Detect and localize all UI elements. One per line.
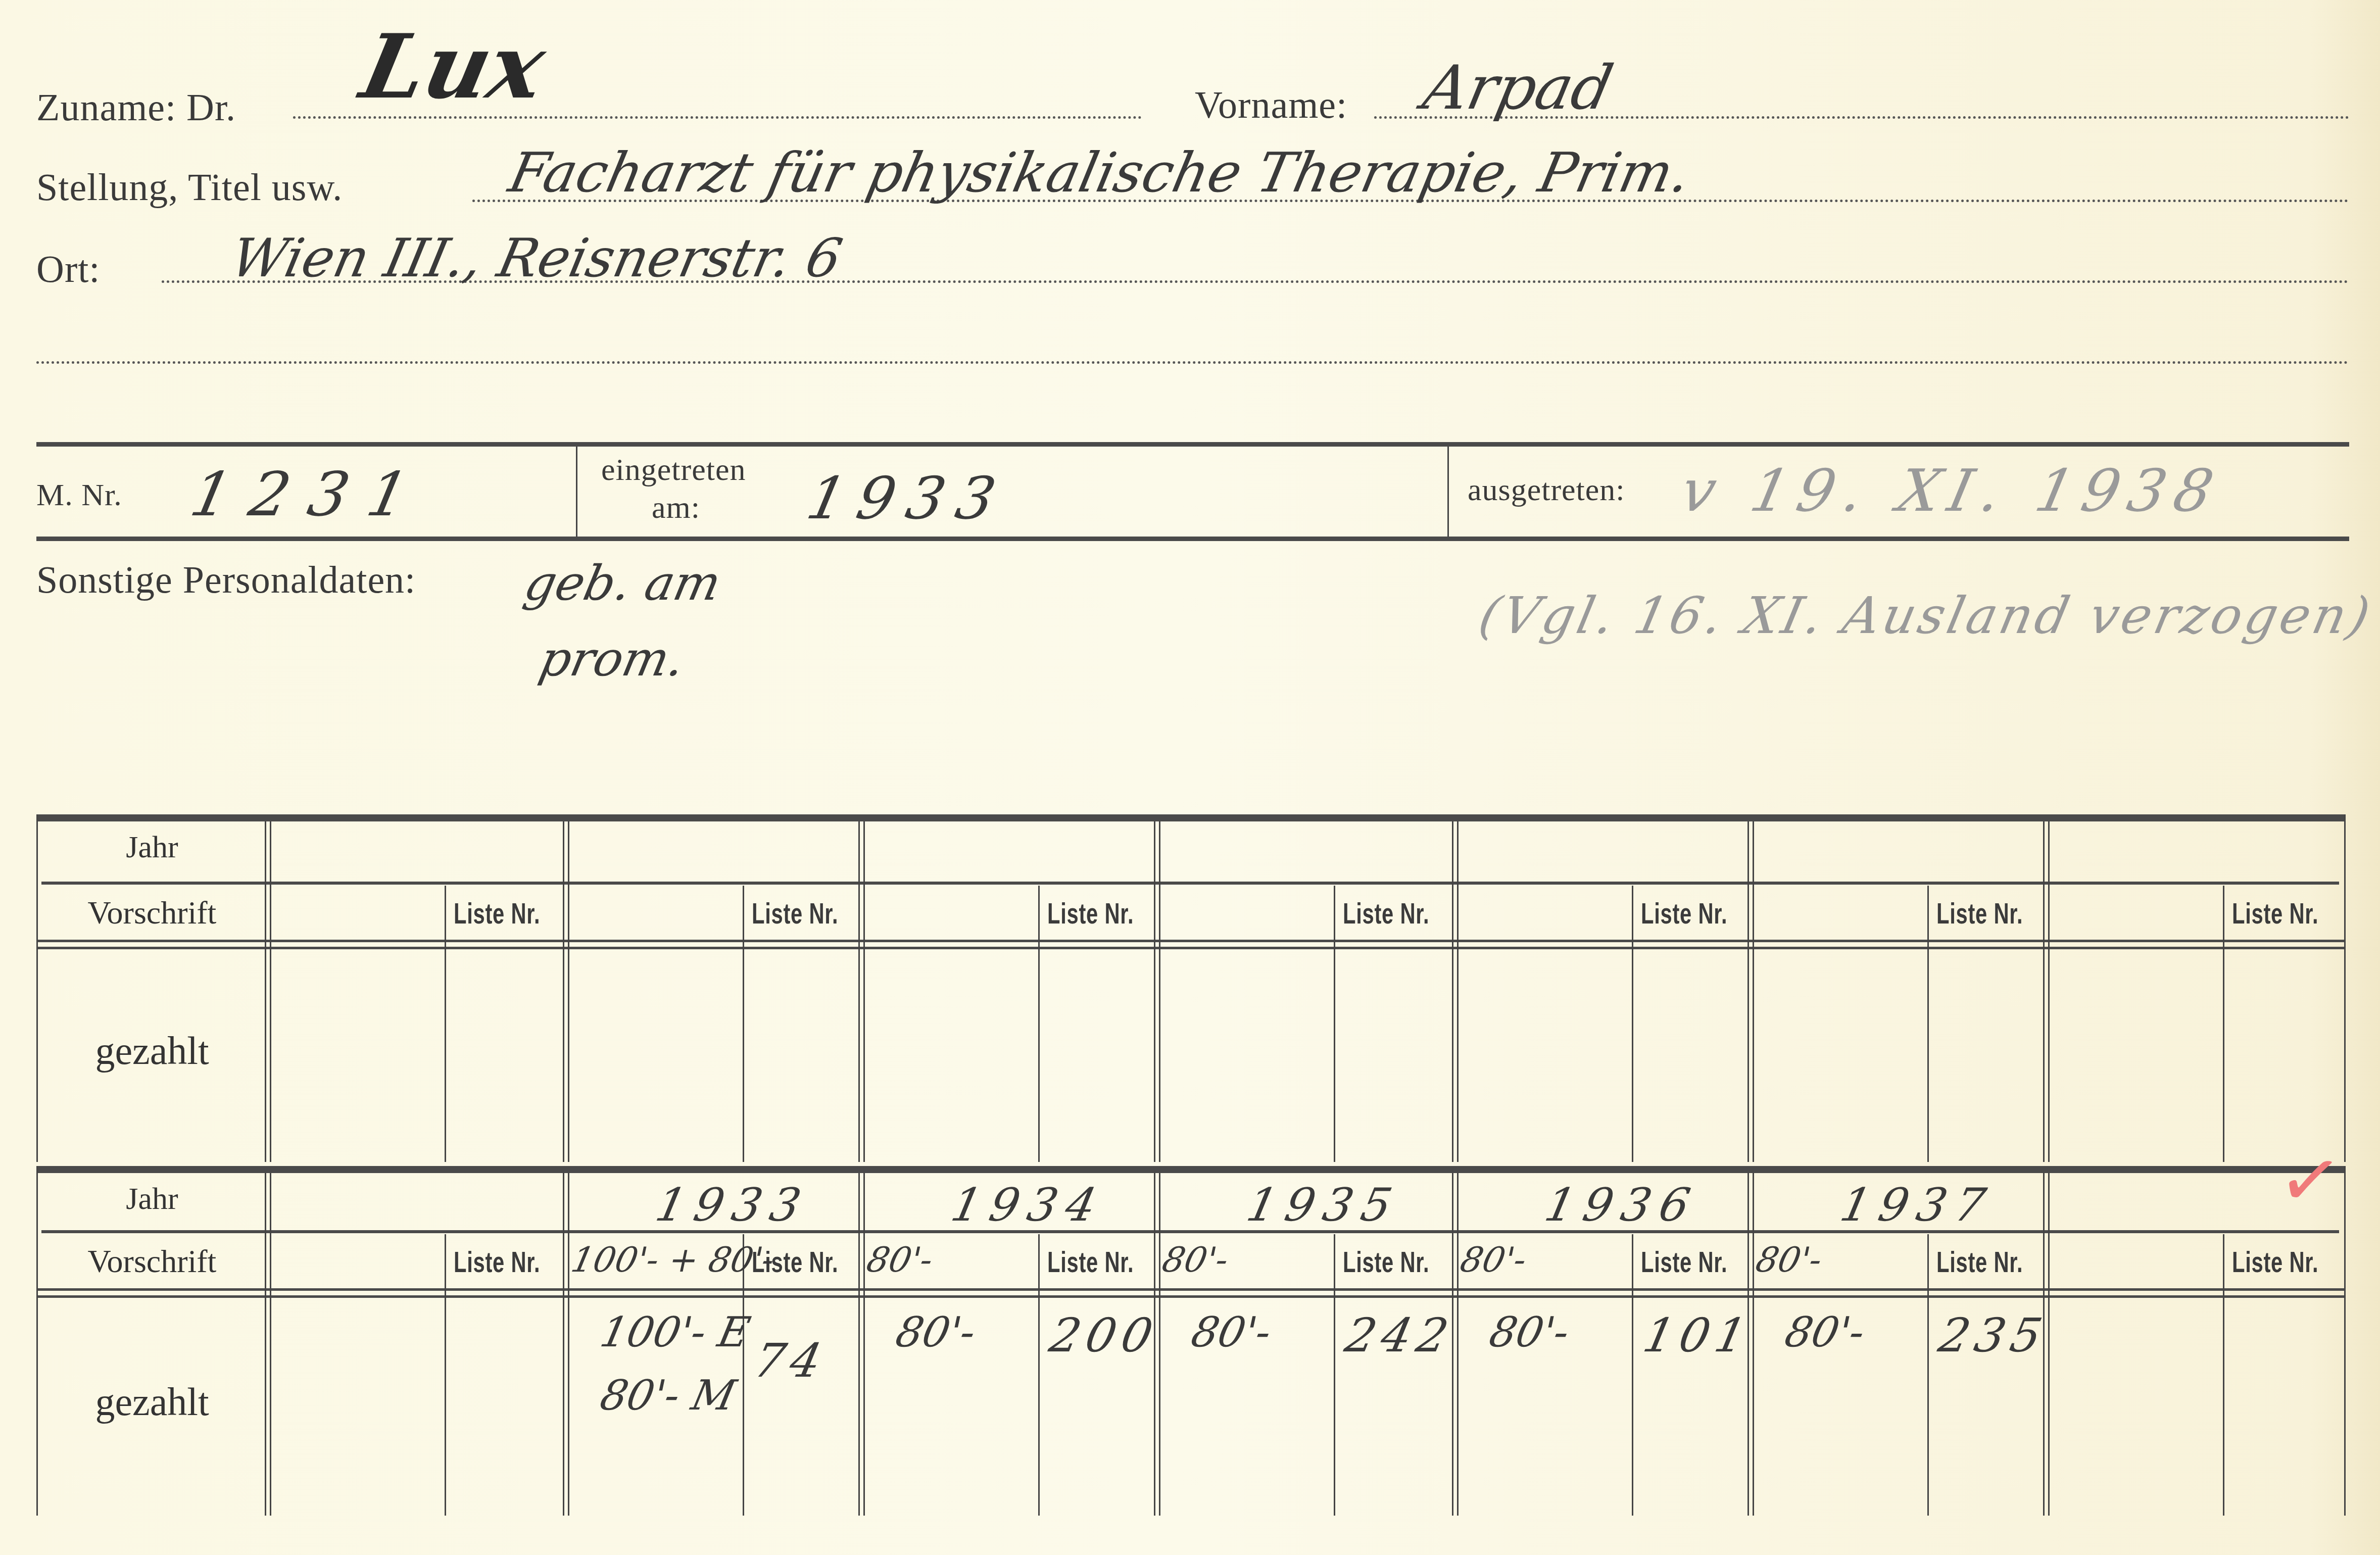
lower-table-prescription-cell: 80'-: [1753, 1240, 1826, 1280]
upper-table-list-divider: [1038, 886, 1040, 1162]
membership-index-card: Zuname: Dr. Lux Vorname: Arpad Stellung,…: [0, 0, 2380, 1555]
upper-table-list-no-header: Liste Nr.: [1641, 897, 1727, 931]
lower-table-group-divider: [2043, 1173, 2050, 1516]
place-value: Wien III., Reisnerstr. 6: [226, 227, 847, 289]
upper-table-top-rule: [36, 814, 2344, 821]
position-label: Stellung, Titel usw.: [36, 166, 343, 210]
lower-table-paid-cell: 80'-: [892, 1308, 980, 1356]
blank-dotted-line: [36, 361, 2349, 364]
lower-table-list-divider: [1334, 1234, 1335, 1516]
upper-table-year-label: Jahr: [36, 830, 268, 865]
lower-table-list-divider: [445, 1234, 446, 1516]
upper-table-list-divider: [1632, 886, 1633, 1162]
lower-table-list-no-header: Liste Nr.: [1047, 1245, 1134, 1279]
lower-table-prescription-cell: 80'-: [1159, 1240, 1232, 1280]
membership-divider-2: [1447, 447, 1449, 537]
lower-table-list-no-cell: 101: [1639, 1308, 1757, 1363]
membership-bottom-rule: [36, 537, 2349, 541]
firstname-value: Arpad: [1417, 53, 1619, 123]
lower-table-paid-cell: 80'-: [1187, 1308, 1276, 1356]
lower-table-left-border: [36, 1166, 38, 1516]
lower-table-list-no-header: Liste Nr.: [1343, 1245, 1429, 1279]
upper-table-list-no-header: Liste Nr.: [1936, 897, 2023, 931]
upper-table-group-divider: [2043, 821, 2050, 1162]
lower-table-list-divider: [1927, 1234, 1929, 1516]
surname-value: Lux: [353, 15, 554, 119]
upper-table-list-no-header: Liste Nr.: [1343, 897, 1429, 931]
lower-table-prescription-cell: 80'-: [1457, 1240, 1530, 1280]
lower-table-list-no-header: Liste Nr.: [1936, 1245, 2023, 1279]
member-number-value: 1231: [184, 460, 434, 530]
upper-table-group-divider: [1154, 821, 1160, 1162]
lower-table-list-no-cell: 235: [1934, 1308, 2053, 1363]
personal-data-label: Sonstige Personaldaten:: [36, 558, 416, 602]
lower-table-prescription-rule-a: [36, 1288, 2344, 1291]
upper-table-group-divider: [265, 821, 271, 1162]
upper-table-group-divider: [1452, 821, 1459, 1162]
lower-table-group-divider: [1154, 1173, 1160, 1516]
upper-table-prescription-rule-a: [36, 940, 2344, 942]
upper-table-list-divider: [2223, 886, 2224, 1162]
lower-table-year-cell: 1933: [651, 1179, 814, 1232]
lower-table-year-rule: [41, 1230, 2339, 1233]
lower-table-paid-label: gezahlt: [36, 1379, 268, 1425]
upper-table-group-divider: [1747, 821, 1754, 1162]
lower-table-paid-cell: 100'- E: [596, 1308, 754, 1356]
membership-divider-1: [576, 447, 577, 537]
lower-table-prescription-label: Vorschrift: [36, 1243, 268, 1280]
lower-table-prescription-cell: 100'- + 80'-: [568, 1240, 779, 1280]
upper-table-list-divider: [445, 886, 446, 1162]
position-value: Facharzt für physikalische Therapie, Pri…: [504, 141, 1696, 205]
personal-data-note: (Vgl. 16. XI. Ausland verzogen): [1474, 586, 2378, 645]
lower-table-paid-cell: 80'-: [1781, 1308, 1869, 1356]
lower-table-year-cell: 1936: [1540, 1179, 1704, 1232]
upper-table-group-divider: [858, 821, 865, 1162]
joined-label-am: am:: [652, 490, 700, 526]
lower-table-paid-cell: 80'-: [1485, 1308, 1574, 1356]
upper-table-list-no-header: Liste Nr.: [454, 897, 540, 931]
lower-table-right-border: [2344, 1166, 2346, 1516]
upper-table-group-divider: [563, 821, 569, 1162]
lower-table-year-cell: 1934: [947, 1179, 1110, 1232]
lower-table-prescription-rule-b: [36, 1295, 2344, 1298]
membership-top-rule: [36, 442, 2349, 447]
lower-table-list-no-cell: 200: [1045, 1308, 1163, 1363]
joined-value: 1933: [801, 465, 1014, 532]
left-label: ausgetreten:: [1468, 472, 1625, 508]
upper-table-list-divider: [1334, 886, 1335, 1162]
left-value: v 19. XI. 1938: [1675, 457, 2228, 525]
upper-table-list-no-header: Liste Nr.: [2232, 897, 2318, 931]
upper-table-prescription-label: Vorschrift: [36, 894, 268, 932]
lower-table-list-divider: [1632, 1234, 1633, 1516]
lower-table-group-divider: [1747, 1173, 1754, 1516]
upper-table-prescription-rule-b: [36, 947, 2344, 949]
surname-label: Zuname: Dr.: [36, 86, 236, 130]
upper-table-right-border: [2344, 814, 2346, 1162]
lower-table-list-divider: [2223, 1234, 2224, 1516]
upper-table-paid-label: gezahlt: [36, 1028, 268, 1074]
upper-table-list-divider: [743, 886, 744, 1162]
personal-data-birth: geb. am: [519, 556, 725, 611]
lower-table-year-label: Jahr: [36, 1181, 268, 1217]
upper-table-left-border: [36, 814, 38, 1162]
lower-table-group-divider: [265, 1173, 271, 1516]
firstname-label: Vorname:: [1195, 83, 1347, 127]
lower-table-group-divider: [563, 1173, 569, 1516]
red-check-mark-icon: ✓: [2273, 1133, 2348, 1229]
lower-table-list-no-cell: 74: [750, 1334, 833, 1388]
lower-table-year-cell: 1937: [1836, 1179, 1999, 1232]
upper-table-year-rule: [41, 882, 2339, 885]
lower-table-list-no-header: Liste Nr.: [1641, 1245, 1727, 1279]
place-label: Ort:: [36, 248, 100, 291]
lower-table-prescription-cell: 80'-: [863, 1240, 937, 1280]
lower-table-paid-cell-line2: 80'- M: [596, 1372, 740, 1420]
upper-table-list-divider: [1927, 886, 1929, 1162]
lower-table-group-divider: [1452, 1173, 1459, 1516]
lower-table-list-no-header: Liste Nr.: [2232, 1245, 2318, 1279]
lower-table-year-cell: 1935: [1242, 1179, 1405, 1232]
personal-data-promotion: prom.: [535, 631, 690, 687]
lower-table-list-divider: [1038, 1234, 1040, 1516]
upper-table-list-no-header: Liste Nr.: [1047, 897, 1134, 931]
joined-label: eingetreten: [601, 452, 746, 488]
upper-table-list-no-header: Liste Nr.: [752, 897, 838, 931]
member-number-label: M. Nr.: [36, 477, 122, 513]
lower-table-group-divider: [858, 1173, 865, 1516]
lower-table-top-rule: [36, 1166, 2344, 1173]
lower-table-list-no-header: Liste Nr.: [454, 1245, 540, 1279]
lower-table-list-no-cell: 242: [1341, 1308, 1459, 1363]
